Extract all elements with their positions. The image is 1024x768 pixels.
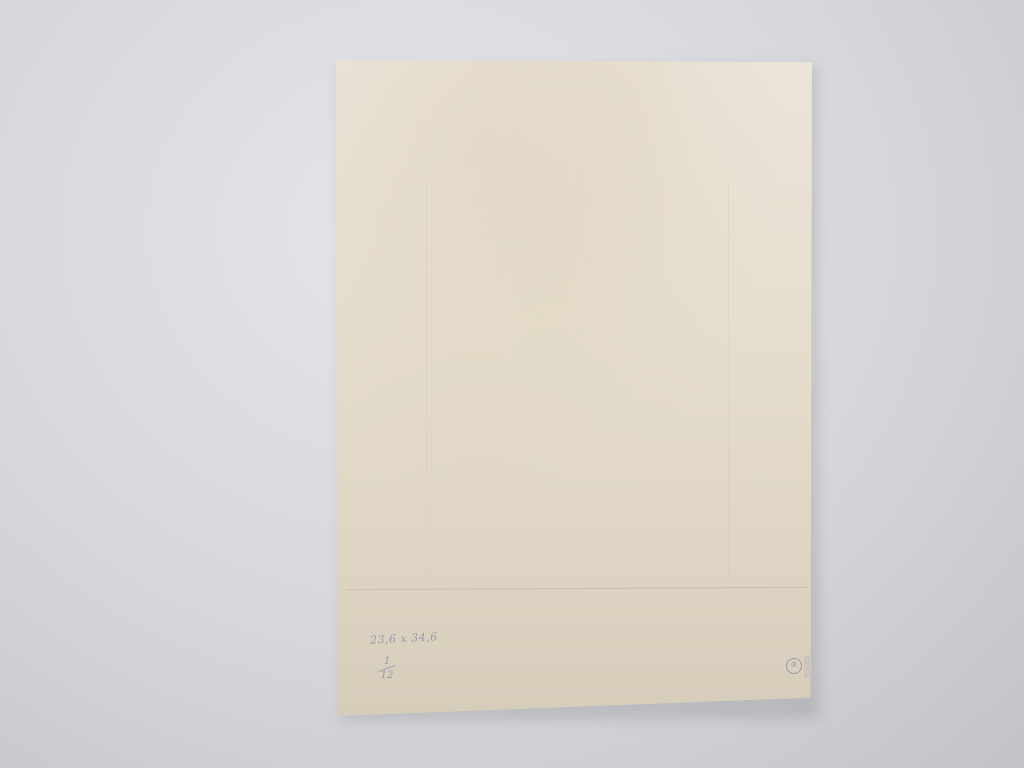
plate-mark-left (426, 180, 427, 580)
stamp-ink-mark (804, 656, 810, 678)
fraction-denominator: 12 (378, 670, 396, 681)
plate-mark-right (728, 180, 729, 580)
paper-sheet: 23,6 x 34,6 1 12 ® (336, 60, 812, 716)
handwritten-dimensions: 23,6 x 34,6 (370, 630, 438, 647)
handwritten-fraction: 1 12 (378, 656, 396, 681)
collector-stamp-icon: ® (786, 658, 802, 674)
fold-line (346, 587, 808, 590)
